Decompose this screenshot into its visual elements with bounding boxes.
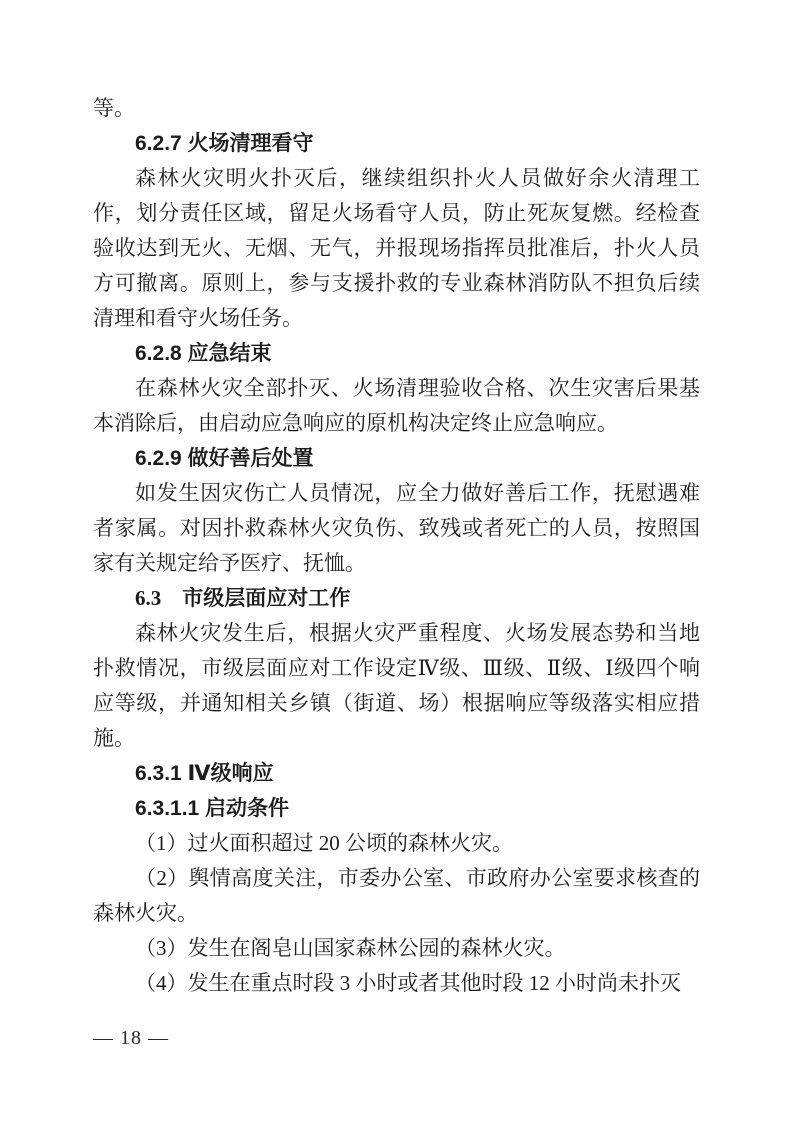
page-content: 等。 6.2.7 火场清理看守 森林火灾明火扑灭后，继续组织扑火人员做好余火清理… <box>93 91 700 1001</box>
paragraph-aftermath-handling: 如发生因灾伤亡人员情况，应全力做好善后工作，抚慰遇难者家属。对因扑救森林火灾负伤… <box>93 476 700 581</box>
section-heading-6-3-1-1: 6.3.1.1 启动条件 <box>93 791 700 826</box>
section-heading-6-2-7: 6.2.7 火场清理看守 <box>93 126 700 161</box>
document-page: 等。 6.2.7 火场清理看守 森林火灾明火扑灭后，继续组织扑火人员做好余火清理… <box>0 0 793 1122</box>
section-heading-6-3: 6.3 市级层面应对工作 <box>93 581 700 616</box>
section-heading-6-2-8: 6.2.8 应急结束 <box>93 336 700 371</box>
list-item-2: （2）舆情高度关注，市委办公室、市政府办公室要求核查的森林火灾。 <box>93 861 700 931</box>
page-number: — 18 — <box>93 1024 169 1052</box>
section-heading-6-2-9: 6.2.9 做好善后处置 <box>93 441 700 476</box>
section-heading-6-3-1: 6.3.1 Ⅳ级响应 <box>93 756 700 791</box>
list-item-4: （4）发生在重点时段 3 小时或者其他时段 12 小时尚未扑灭 <box>93 966 700 1001</box>
list-item-1: （1）过火面积超过 20 公顷的森林火灾。 <box>93 826 700 861</box>
paragraph-city-level-response: 森林火灾发生后，根据火灾严重程度、火场发展态势和当地扑救情况，市级层面应对工作设… <box>93 616 700 756</box>
paragraph-continuation: 等。 <box>93 91 700 126</box>
list-item-3: （3）发生在阁皂山国家森林公园的森林火灾。 <box>93 931 700 966</box>
paragraph-fire-site-cleanup: 森林火灾明火扑灭后，继续组织扑火人员做好余火清理工作，划分责任区域，留足火场看守… <box>93 161 700 336</box>
paragraph-emergency-end: 在森林火灾全部扑灭、火场清理验收合格、次生灾害后果基本消除后，由启动应急响应的原… <box>93 371 700 441</box>
